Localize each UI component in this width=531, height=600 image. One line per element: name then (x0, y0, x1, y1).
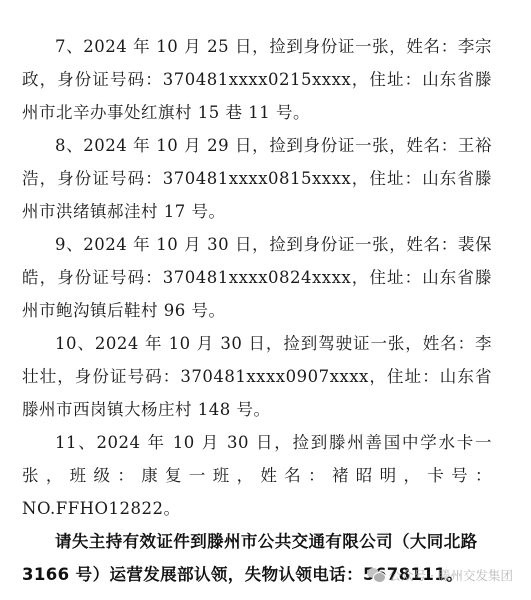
item-9-paragraph: 9、2024 年 10 月 30 日，捡到身份证一张，姓名：裴保皓，身份证号码：… (22, 228, 492, 327)
watermark-text: 公众号 · 滕州交发集团 (389, 566, 513, 584)
item-10-paragraph: 10、2024 年 10 月 30 日，捡到驾驶证一张，姓名：李壮壮，身份证号码… (22, 327, 492, 426)
item-8-paragraph: 8、2024 年 10 月 29 日，捡到身份证一张，姓名：王裕浩，身份证号码：… (22, 129, 492, 228)
wechat-watermark: 公众号 · 滕州交发集团 (367, 566, 513, 584)
item-11-paragraph: 11、2024 年 10 月 30 日，捡到滕州善国中学水卡一张，班级：康复一班… (22, 426, 492, 525)
wechat-icon (367, 568, 385, 582)
item-7-paragraph: 7、2024 年 10 月 25 日，捡到身份证一张，姓名：李宗政，身份证号码：… (22, 30, 492, 129)
lost-and-found-document: 7、2024 年 10 月 25 日，捡到身份证一张，姓名：李宗政，身份证号码：… (22, 30, 492, 591)
